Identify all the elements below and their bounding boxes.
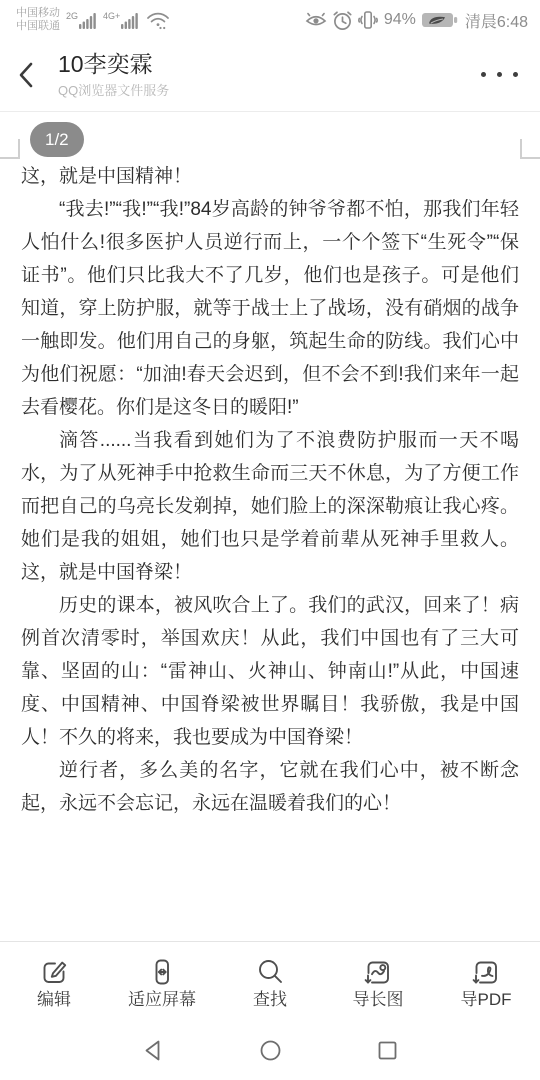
back-triangle-icon — [141, 1038, 166, 1063]
eye-protection-icon — [305, 11, 327, 29]
vibrate-icon — [358, 9, 378, 31]
page-indicator-badge: 1/2 — [30, 122, 84, 157]
paragraph: 滴答......当我看到她们为了不浪费防护服而一天不喝水，为了从死神手中抢救生命… — [21, 424, 519, 589]
document-viewer[interactable]: 1/2 这，就是中国精神！ “我去!”“我!”“我!”84岁高龄的钟爷爷都不怕，… — [0, 113, 540, 941]
toolbar-label: 编辑 — [37, 991, 71, 1009]
network-type-label: 2G — [66, 11, 78, 21]
carrier-1: 中国移动 — [16, 7, 60, 20]
export-pdf-icon — [471, 957, 501, 987]
alarm-icon — [332, 10, 353, 31]
wifi-icon — [146, 10, 170, 30]
fit-screen-button[interactable]: 适应屏幕 — [108, 942, 216, 1021]
status-left: 中国移动 中国联通 2G 4G+ — [16, 7, 170, 33]
export-pdf-button[interactable]: 导PDF — [432, 942, 540, 1021]
page-title: 10李奕霖 — [58, 51, 475, 77]
more-dots-icon — [513, 72, 518, 77]
back-button[interactable] — [16, 53, 50, 97]
more-menu-button[interactable] — [475, 62, 524, 87]
toolbar-label: 查找 — [253, 991, 287, 1009]
battery-saver-icon — [421, 11, 458, 29]
phone-screen: 中国移动 中国联通 2G 4G+ — [0, 0, 540, 1080]
chevron-left-icon — [16, 59, 36, 91]
network-type-label: 4G+ — [103, 11, 120, 21]
header: 10李奕霖 QQ浏览器文件服务 — [0, 38, 540, 112]
header-titles: 10李奕霖 QQ浏览器文件服务 — [58, 51, 475, 99]
export-long-image-button[interactable]: 导长图 — [324, 942, 432, 1021]
nav-back-button[interactable] — [141, 1038, 166, 1063]
signal-bars-icon — [79, 11, 97, 29]
recents-square-icon — [375, 1038, 400, 1063]
status-right: 94% 清晨6:48 — [305, 9, 528, 32]
page-subtitle: QQ浏览器文件服务 — [58, 80, 475, 99]
clock-text: 清晨6:48 — [465, 9, 528, 32]
paragraph: 这，就是中国精神！ — [21, 160, 519, 193]
toolbar-label: 适应屏幕 — [128, 991, 196, 1009]
document-text: 这，就是中国精神！ “我去!”“我!”“我!”84岁高龄的钟爷爷都不怕，那我们年… — [21, 160, 519, 820]
paragraph: 历史的课本，被风吹合上了。我们的武汉，回来了！病例首次清零时，举国欢庆！从此，我… — [21, 589, 519, 754]
search-icon — [255, 957, 285, 987]
battery-percent-text: 94% — [384, 11, 416, 29]
paragraph: “我去!”“我!”“我!”84岁高龄的钟爷爷都不怕，那我们年轻人怕什么!很多医护… — [21, 193, 519, 424]
bottom-toolbar: 编辑 适应屏幕 查找 — [0, 941, 540, 1021]
export-long-image-icon — [363, 957, 393, 987]
more-dots-icon — [481, 72, 486, 77]
carrier-names: 中国移动 中国联通 — [16, 7, 60, 33]
android-nav-bar — [0, 1020, 540, 1080]
home-circle-icon — [258, 1038, 283, 1063]
more-dots-icon — [497, 72, 502, 77]
carrier-2: 中国联通 — [16, 20, 60, 33]
toolbar-label: 导PDF — [461, 991, 512, 1009]
nav-recents-button[interactable] — [375, 1038, 400, 1063]
edit-button[interactable]: 编辑 — [0, 942, 108, 1021]
paragraph: 逆行者，多么美的名字，它就在我们心中，被不断念起，永远不会忘记，永远在温暖着我们… — [21, 754, 519, 820]
status-bar: 中国移动 中国联通 2G 4G+ — [0, 0, 540, 38]
edit-icon — [39, 957, 69, 987]
find-button[interactable]: 查找 — [216, 942, 324, 1021]
signal-4g: 4G+ — [103, 11, 139, 29]
toolbar-label: 导长图 — [353, 991, 404, 1009]
fit-screen-icon — [147, 957, 177, 987]
signal-2g: 2G — [66, 11, 97, 29]
page-corner-top-right — [520, 139, 540, 159]
page-corner-top-left — [0, 139, 20, 159]
signal-bars-icon — [121, 11, 139, 29]
nav-home-button[interactable] — [258, 1038, 283, 1063]
